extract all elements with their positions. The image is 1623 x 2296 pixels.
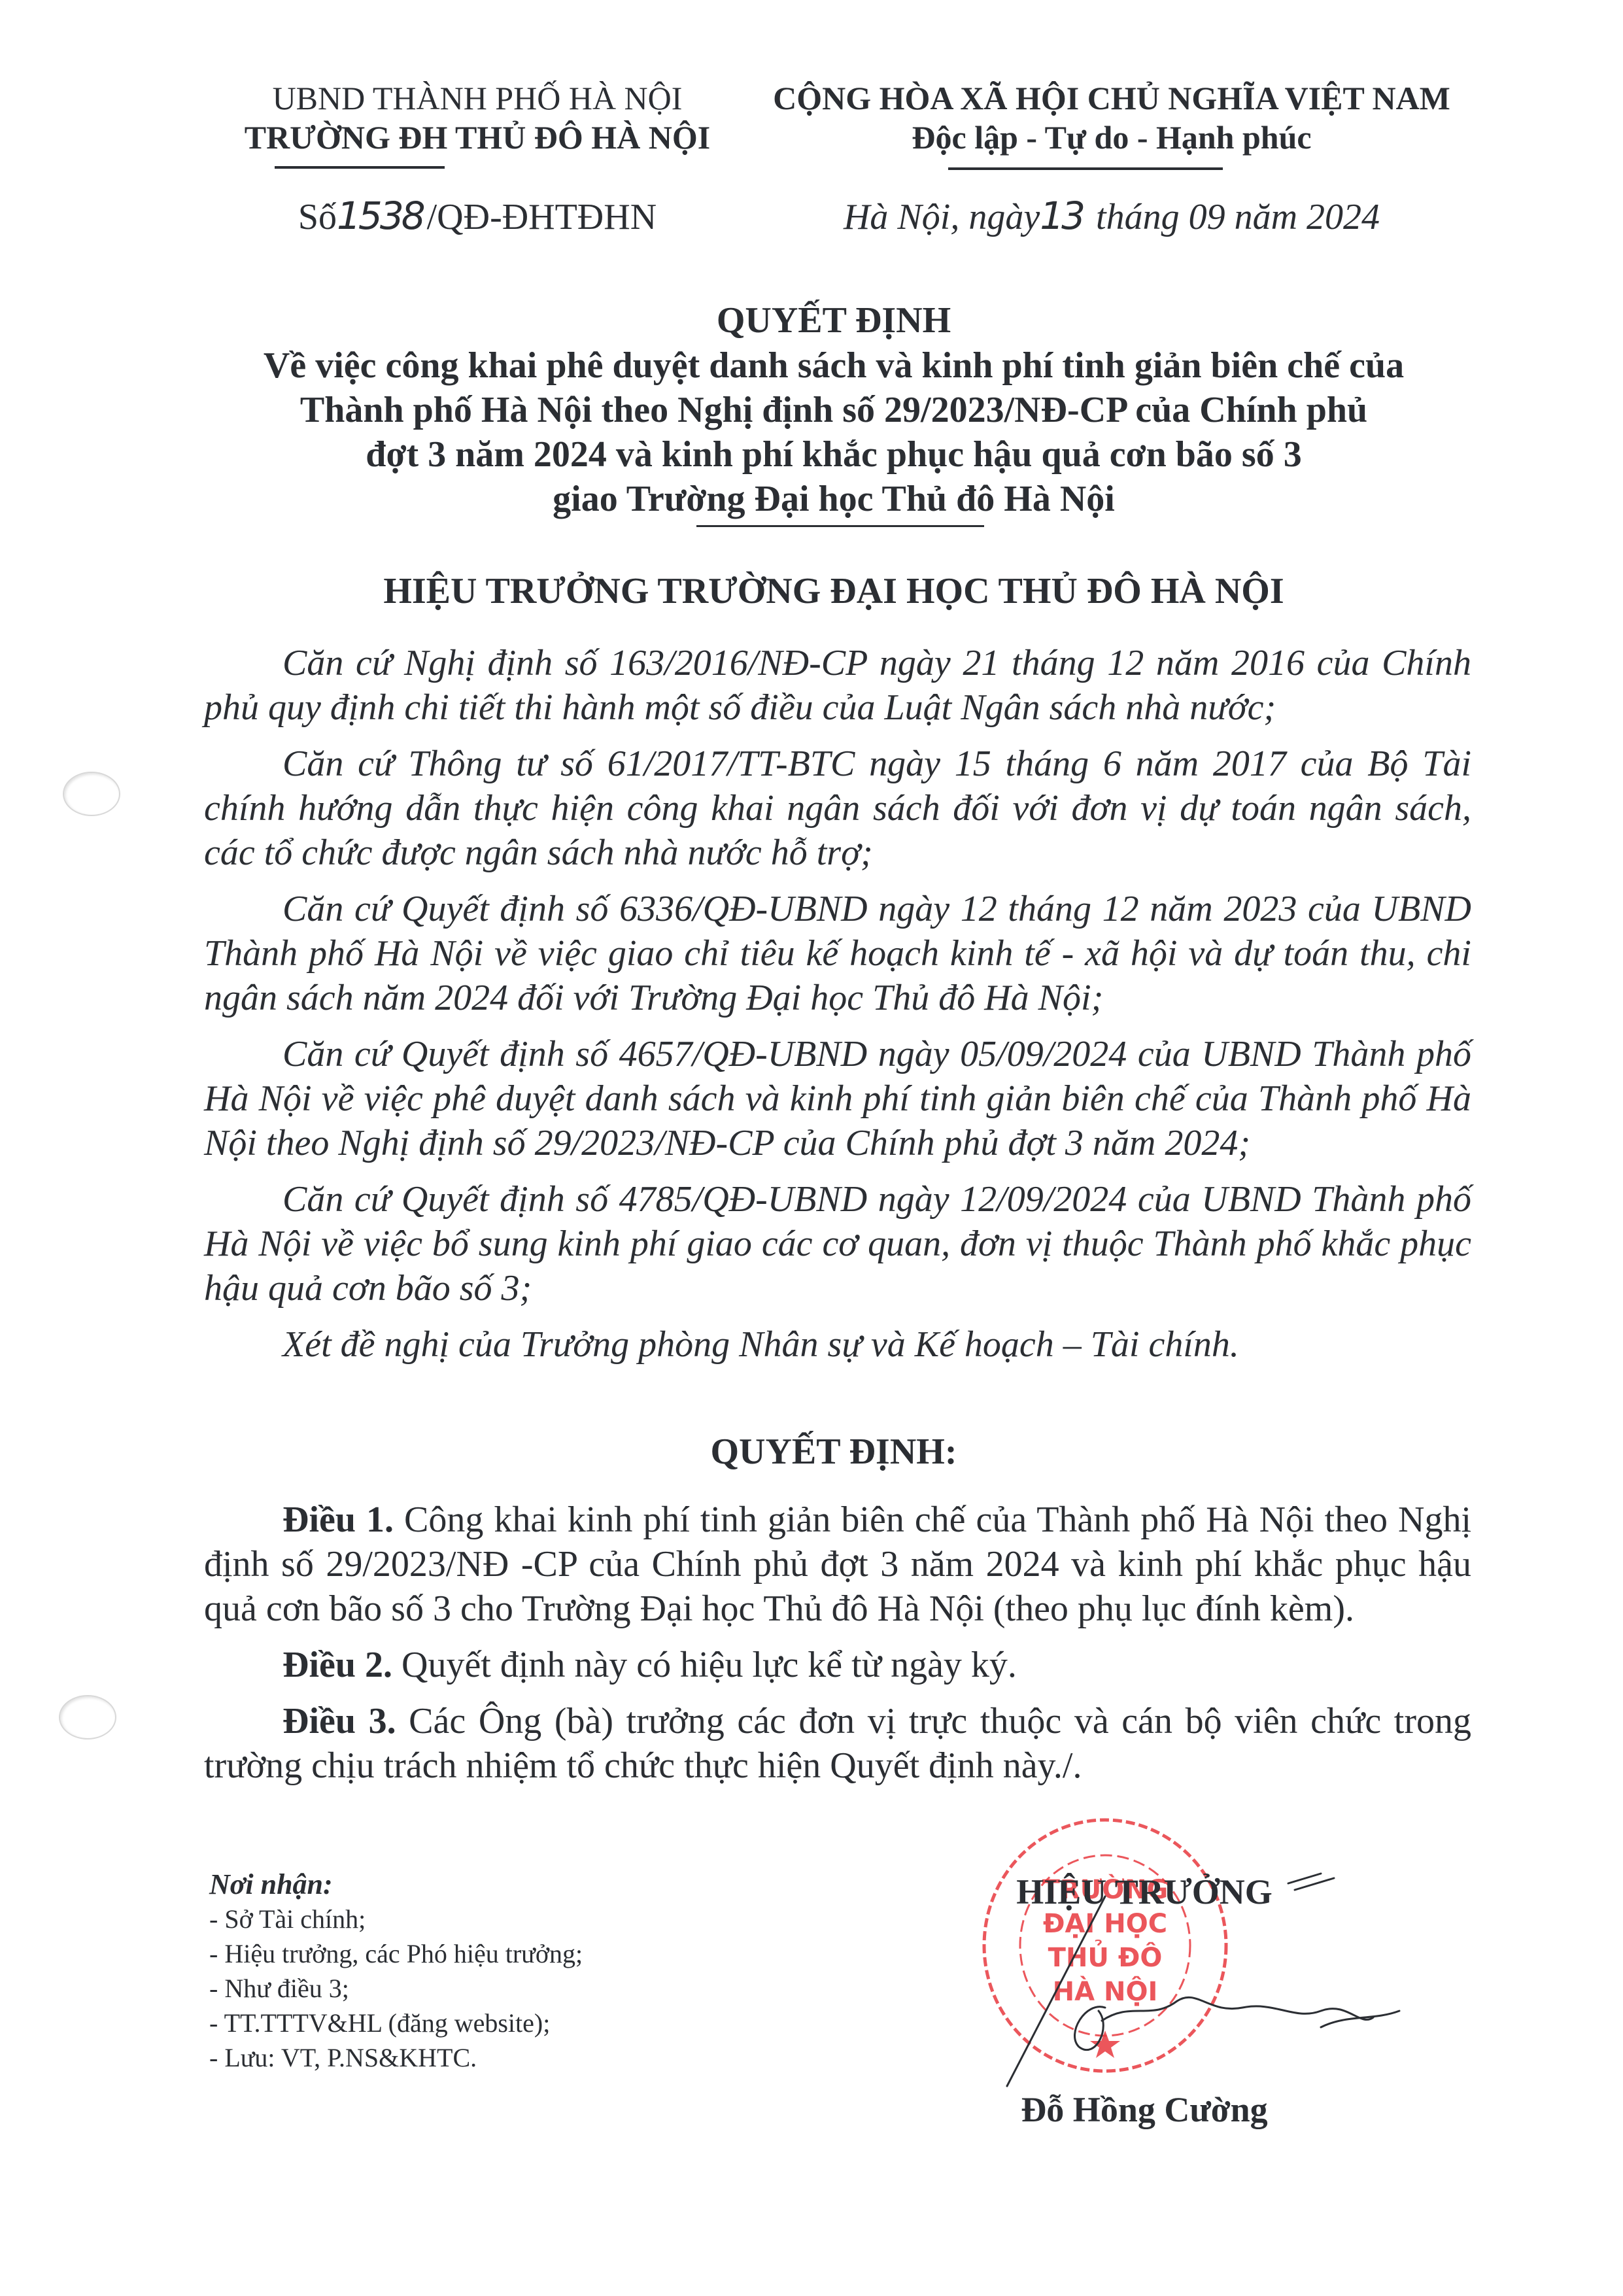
decision-heading: QUYẾT ĐỊNH: — [196, 1431, 1471, 1473]
punch-hole-bottom — [59, 1695, 116, 1739]
punch-hole-top — [63, 772, 120, 816]
title-rule — [696, 525, 984, 527]
document-subject: Về việc công khai phê duyệt danh sách và… — [196, 343, 1471, 521]
article-3: Điều 3. Các Ông (bà) trưởng các đơn vị t… — [204, 1699, 1471, 1788]
recipient-item: - Sở Tài chính; — [209, 1902, 798, 1936]
legal-basis: Căn cứ Quyết định số 4785/QĐ-UBND ngày 1… — [204, 1177, 1471, 1311]
org-name: TRƯỜNG ĐH THỦ ĐÔ HÀ NỘI — [196, 118, 759, 157]
header-right-rule — [948, 167, 1223, 170]
subject-line: Thành phố Hà Nội theo Nghị định số 29/20… — [196, 388, 1471, 432]
proposal-basis: Xét đề nghị của Trưởng phòng Nhân sự và … — [204, 1322, 1471, 1367]
articles: Điều 1. Công khai kinh phí tinh giản biê… — [204, 1498, 1471, 1800]
subject-line: Về việc công khai phê duyệt danh sách và… — [196, 343, 1471, 388]
article-1: Điều 1. Công khai kinh phí tinh giản biê… — [204, 1498, 1471, 1631]
signer-title: HIỆU TRƯỞNG — [981, 1872, 1308, 1912]
article-text: Quyết định này có hiệu lực kể từ ngày ký… — [392, 1645, 1017, 1685]
doc-number-suffix: /QĐ-ĐHTĐHN — [427, 197, 657, 237]
issue-date: Hà Nội, ngày13 tháng 09 năm 2024 — [752, 194, 1471, 238]
recipient-item: - Lưu: VT, P.NS&KHTC. — [209, 2040, 798, 2075]
article-label: Điều 3. — [282, 1701, 396, 1741]
recipient-item: - Như điều 3; — [209, 1971, 798, 2006]
subject-line: giao Trường Đại học Thủ đô Hà Nội — [196, 477, 1471, 521]
document-number: Số1538/QĐ-ĐHTĐHN — [196, 194, 759, 238]
document-title: QUYẾT ĐỊNH — [196, 298, 1471, 343]
subject-line: đợt 3 năm 2024 và kinh phí khắc phục hậu… — [196, 432, 1471, 477]
date-suffix: tháng 09 năm 2024 — [1096, 197, 1380, 237]
doc-number-handwritten: 1538 — [337, 194, 423, 238]
org-parent: UBND THÀNH PHỐ HÀ NỘI — [196, 78, 759, 118]
legal-bases: Căn cứ Nghị định số 163/2016/NĐ-CP ngày … — [204, 641, 1471, 1379]
signing-authority: HIỆU TRƯỞNG TRƯỜNG ĐẠI HỌC THỦ ĐÔ HÀ NỘI — [196, 570, 1471, 612]
recipient-item: - TT.TTTV&HL (đăng website); — [209, 2006, 798, 2040]
nation-name: CỘNG HÒA XÃ HỘI CHỦ NGHĨA VIỆT NAM — [752, 78, 1471, 118]
legal-basis: Căn cứ Quyết định số 4657/QĐ-UBND ngày 0… — [204, 1032, 1471, 1165]
recipients-title: Nơi nhận: — [209, 1867, 798, 1902]
recipient-item: - Hiệu trưởng, các Phó hiệu trưởng; — [209, 1936, 798, 1971]
national-title: CỘNG HÒA XÃ HỘI CHỦ NGHĨA VIỆT NAM Độc l… — [752, 78, 1471, 157]
article-2: Điều 2. Quyết định này có hiệu lực kể từ… — [204, 1643, 1471, 1687]
national-motto: Độc lập - Tự do - Hạnh phúc — [752, 118, 1471, 157]
article-text: Công khai kinh phí tinh giản biên chế củ… — [204, 1499, 1471, 1629]
header-left-rule — [275, 166, 445, 169]
legal-basis: Căn cứ Quyết định số 6336/QĐ-UBND ngày 1… — [204, 887, 1471, 1020]
issuing-authority: UBND THÀNH PHỐ HÀ NỘI TRƯỜNG ĐH THỦ ĐÔ H… — [196, 78, 759, 157]
article-label: Điều 1. — [282, 1499, 394, 1540]
date-prefix: Hà Nội, ngày — [844, 197, 1040, 237]
date-day-handwritten: 13 — [1040, 194, 1083, 238]
legal-basis: Căn cứ Thông tư số 61/2017/TT-BTC ngày 1… — [204, 742, 1471, 875]
legal-basis: Căn cứ Nghị định số 163/2016/NĐ-CP ngày … — [204, 641, 1471, 730]
doc-number-prefix: Số — [298, 197, 337, 237]
article-label: Điều 2. — [282, 1645, 392, 1685]
recipients-list: Nơi nhận: - Sở Tài chính; - Hiệu trưởng,… — [209, 1867, 798, 2075]
